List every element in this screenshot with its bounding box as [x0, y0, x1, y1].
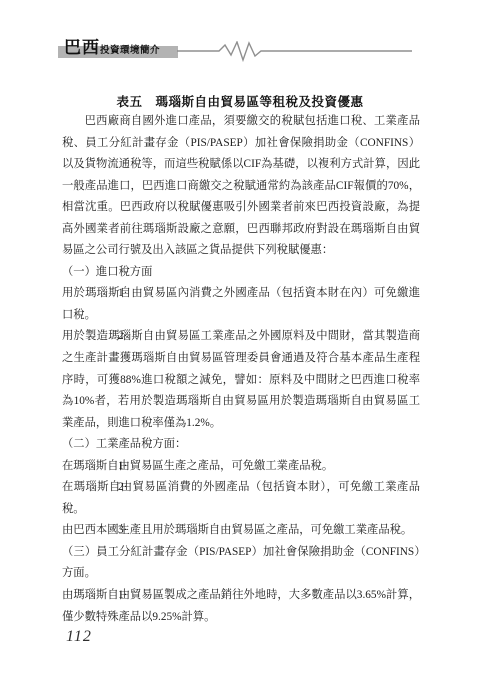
- section-pis-pasep-confins: （三）員工分紅計畫存金（PIS/PASEP）加社會保險捐助金（CONFINS）方…: [62, 542, 420, 628]
- list-item: 1· 由瑪瑙斯自由貿易區製成之產品銷往外地時，大多數產品以3.65%計算，僅少數…: [62, 585, 420, 628]
- page-number: 112: [66, 628, 92, 646]
- list-item: 2· 用於製造瑪瑙斯自由貿易區工業產品之外國原料及中間財，當其製造商之生產計畫獲…: [62, 326, 420, 434]
- heartbeat-line-icon: [177, 41, 417, 63]
- section-import-tax: （一）進口稅方面 1· 用於瑪瑙斯自由貿易區內消費之外國產品（包括資本財在內）可…: [62, 262, 420, 434]
- body-text: 巴西廠商自國外進口產品，須要繳交的稅賦包括進口稅、工業產品稅、員工分紅計畫存金（…: [62, 111, 420, 628]
- list-item: 2· 在瑪瑙斯自由貿易區消費的外國產品（包括資本財），可免繳工業產品稅。: [62, 477, 420, 520]
- item-marker: 1·: [118, 283, 127, 305]
- intro-paragraph: 巴西廠商自國外進口產品，須要繳交的稅賦包括進口稅、工業產品稅、員工分紅計畫存金（…: [62, 111, 420, 262]
- item-text: 由瑪瑙斯自由貿易區製成之產品銷往外地時，大多數產品以3.65%計算，僅少數特殊產…: [62, 589, 420, 623]
- table-title: 表五 瑪瑙斯自由貿易區等租稅及投資優惠: [0, 92, 480, 110]
- header-title-sub: 投資環境簡介: [100, 45, 160, 56]
- item-text: 在瑪瑙斯自由貿易區生產之產品，可免繳工業產品稅。: [62, 460, 333, 472]
- section-heading: （三）員工分紅計畫存金（PIS/PASEP）加社會保險捐助金（CONFINS）方…: [62, 542, 420, 585]
- document-page: 巴西投資環境簡介 表五 瑪瑙斯自由貿易區等租稅及投資優惠 巴西廠商自國外進口產品…: [0, 0, 480, 679]
- item-text: 用於製造瑪瑙斯自由貿易區工業產品之外國原料及中間財，當其製造商之生產計畫獲瑪瑙斯…: [62, 330, 420, 428]
- section-industrial-product-tax: （二）工業產品稅方面： 1· 在瑪瑙斯自由貿易區生產之產品，可免繳工業產品稅。 …: [62, 434, 420, 542]
- header-title: 巴西投資環境簡介: [64, 38, 160, 61]
- header-title-main: 巴西: [64, 38, 100, 57]
- item-text: 由巴西本國生產且用於瑪瑙斯自由貿易區之產品，可免繳工業產品稅。: [62, 524, 412, 536]
- section-heading: （一）進口稅方面: [62, 262, 420, 284]
- item-marker: 3·: [118, 520, 127, 542]
- item-text: 在瑪瑙斯自由貿易區消費的外國產品（包括資本財），可免繳工業產品稅。: [62, 481, 420, 515]
- item-marker: 1·: [118, 456, 127, 478]
- section-heading: （二）工業產品稅方面：: [62, 434, 420, 456]
- list-item: 1· 在瑪瑙斯自由貿易區生產之產品，可免繳工業產品稅。: [62, 456, 420, 478]
- item-marker: 2·: [118, 477, 127, 499]
- list-item: 1· 用於瑪瑙斯自由貿易區內消費之外國產品（包括資本財在內）可免繳進口稅。: [62, 283, 420, 326]
- item-marker: 1·: [118, 585, 127, 607]
- item-text: 用於瑪瑙斯自由貿易區內消費之外國產品（包括資本財在內）可免繳進口稅。: [62, 287, 420, 321]
- item-marker: 2·: [118, 326, 127, 348]
- list-item: 3· 由巴西本國生產且用於瑪瑙斯自由貿易區之產品，可免繳工業產品稅。: [62, 520, 420, 542]
